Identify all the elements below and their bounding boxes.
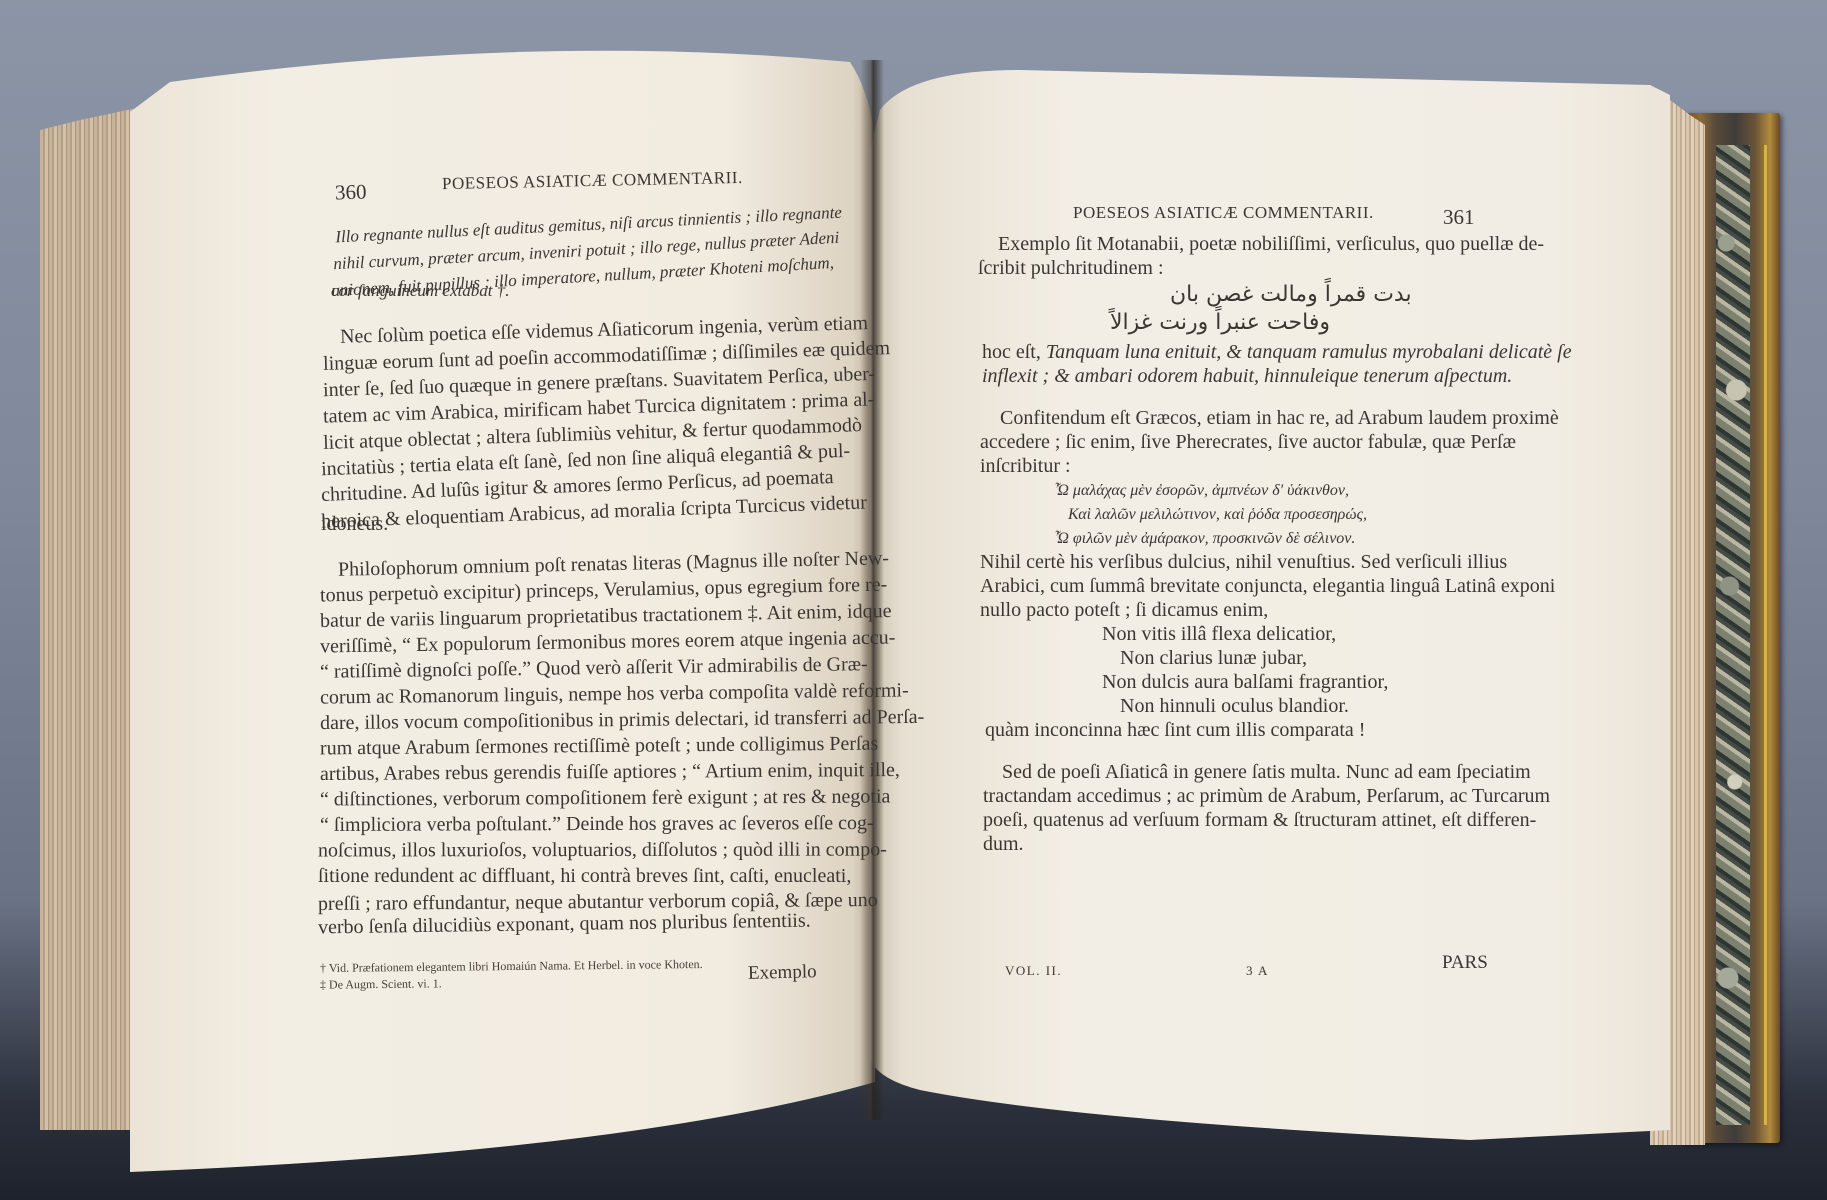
greek-verse-line: Ὦ φιλῶν μὲν ἀμάρακον, προσκινῶν δὲ σέλιν… bbox=[1055, 526, 1355, 551]
text-line: accedere ; ſic enim, ſive Pherecrates, ſ… bbox=[980, 430, 1516, 455]
text-line: quàm inconcinna hæc ſint cum illis compa… bbox=[985, 718, 1365, 743]
text-line: dum. bbox=[983, 832, 1024, 857]
text-line: Confitendum eſt Græcos, etiam in hac re,… bbox=[1000, 406, 1559, 431]
page-number: 361 bbox=[1443, 205, 1475, 230]
latin-verse-line: Non clarius lunæ jubar, bbox=[1120, 646, 1307, 671]
latin-verse-line: Non vitis illâ flexa delicatior, bbox=[1102, 622, 1336, 647]
arabic-verse-line: بدت قمراً ومالت غصن بان bbox=[1170, 282, 1412, 307]
catchword: PARS bbox=[1442, 950, 1488, 975]
text-line: poeſi, quatenus ad verſuum formam & ſtru… bbox=[983, 808, 1536, 833]
text-line: Arabici, cum ſummâ brevitate conjuncta, … bbox=[980, 574, 1555, 599]
translation-line: hoc eſt, Tanquam luna enituit, & tanquam… bbox=[982, 340, 1572, 365]
right-page-text: POESEOS ASIATICÆ COMMENTARII. 361 Exempl… bbox=[0, 0, 1827, 1200]
translation-text: hoc eſt, Tanquam luna enituit, & tanquam… bbox=[982, 341, 1572, 363]
greek-verse-line: Ὦ μαλάχας μὲν ἐσορῶν, ἀμπνέων δ' ὑάκινθο… bbox=[1055, 478, 1349, 503]
text-line: Exemplo ſit Motanabii, poetæ nobiliſſimi… bbox=[998, 232, 1544, 257]
text-line: ſcribit pulchritudinem : bbox=[978, 256, 1164, 281]
text-line: tractandam accedimus ; ac primùm de Arab… bbox=[983, 784, 1550, 809]
running-head: POESEOS ASIATICÆ COMMENTARII. bbox=[1073, 200, 1374, 225]
text-line: Sed de poeſi Aſiaticâ in genere ſatis mu… bbox=[1002, 760, 1531, 785]
translation-line: inflexit ; & ambari odorem habuit, hinnu… bbox=[982, 364, 1512, 389]
latin-verse-line: Non dulcis aura balſami fragrantior, bbox=[1102, 670, 1388, 695]
text-line: nullo pacto poteſt ; ſi dicamus enim, bbox=[980, 598, 1268, 623]
latin-verse-line: Non hinnuli oculus blandior. bbox=[1120, 694, 1349, 719]
greek-verse-line: Καὶ λαλῶν μελιλώτινον, καὶ ῥόδα προσεσηρ… bbox=[1068, 502, 1367, 527]
volume-label: VOL. II. bbox=[1005, 958, 1062, 983]
signature-mark: 3 A bbox=[1246, 958, 1269, 983]
text-line: Nihil certè his verſibus dulcius, nihil … bbox=[980, 550, 1507, 575]
arabic-verse-line: وفاحت عنبراً ورنت غزالاً bbox=[1110, 310, 1330, 335]
text-line: inſcribitur : bbox=[980, 454, 1071, 479]
